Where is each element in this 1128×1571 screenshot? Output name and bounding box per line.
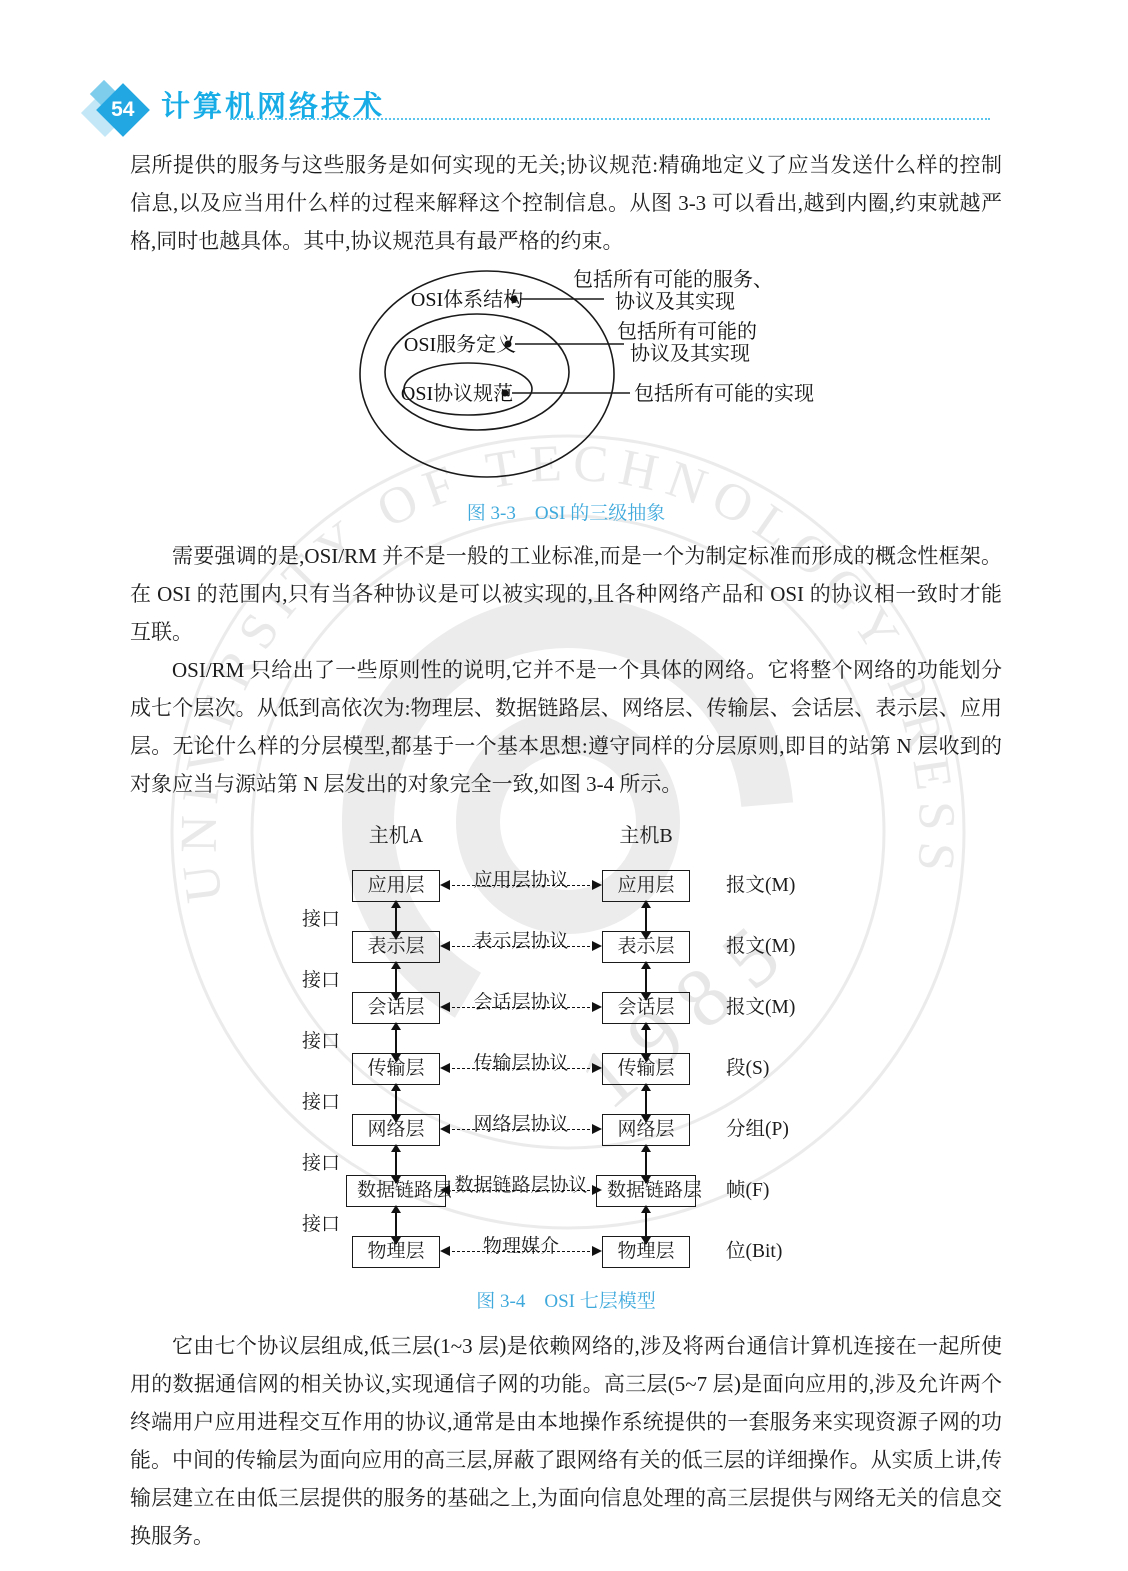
paragraph-3: OSI/RM 只给出了一些原则性的说明,它并不是一个具体的网络。它将整个网络的功… [130,651,1002,803]
page-header: 54 计算机网络技术 [0,0,1128,135]
data-unit-label: 报文(M) [696,928,792,966]
protocol-label: 表示层协议 [432,923,610,961]
dashed-double-arrow [442,946,600,947]
interface-label: 接口 [302,1023,346,1061]
layer-box-right: 数据链路层 [596,1175,696,1207]
paragraph-4: 它由七个协议层组成,低三层(1~3 层)是依赖网络的,涉及将两台通信计算机连接在… [130,1327,1002,1555]
protocol-label: 会话层协议 [432,984,610,1022]
layer-row-network: 网络层 网络层协议 网络层 分组(P) [302,1111,792,1145]
layer-box-right: 会话层 [602,992,690,1024]
dashed-double-arrow [442,1251,600,1252]
host-labels-row: 主机A 主机B [302,817,792,841]
leader-dot [502,390,509,397]
layer-row-application: 应用层 应用层协议 应用层 报文(M) [302,867,792,901]
layer-box-right: 传输层 [602,1053,690,1085]
layer-box-left: 网络层 [352,1114,440,1146]
leader-dot [505,341,512,348]
paragraph-2: 需要强调的是,OSI/RM 并不是一般的工业标准,而是一个为制定标准而形成的概念… [130,537,1002,651]
layer-box-right: 网络层 [602,1114,690,1146]
layer-box-left: 物理层 [352,1236,440,1268]
page-number-badge: 54 [86,82,150,140]
layer-box-left: 数据链路层 [346,1175,446,1207]
dashed-double-arrow [442,1007,600,1008]
interface-label: 接口 [302,962,346,1000]
interface-label: 接口 [302,901,346,939]
layer-box-left: 表示层 [352,931,440,963]
header-divider [230,118,990,120]
protocol-label: 物理媒介 [432,1228,610,1266]
interface-label: 接口 [302,1145,346,1183]
data-unit-label: 段(S) [696,1050,792,1088]
layer-row-presentation: 表示层 表示层协议 表示层 报文(M) [302,928,792,962]
data-unit-label: 分组(P) [696,1111,792,1149]
middle-ellipse [385,314,569,430]
annotation-2-line-2: 协议及其实现 [630,342,750,365]
dashed-double-arrow [442,1129,600,1130]
ring-label-protocol: OSI协议规范 [401,382,513,405]
page-content: 层所提供的服务与这些服务是如何实现的无关;协议规范:精确地定义了应当发送什么样的… [130,146,1002,1555]
figure-3-3-caption: 图 3-3 OSI 的三级抽象 [130,503,1002,525]
layer-row-session: 会话层 会话层协议 会话层 报文(M) [302,989,792,1023]
host-a-label: 主机A [346,817,446,855]
ring-label-architecture: OSI体系结构 [411,288,523,311]
layer-box-left: 应用层 [352,870,440,902]
layer-row-datalink: 数据链路层 数据链路层协议 数据链路层 帧(F) [302,1172,792,1206]
data-unit-label: 报文(M) [696,989,792,1027]
dashed-double-arrow [442,885,600,886]
annotation-3-line-1: 包括所有可能的实现 [634,382,814,405]
data-unit-label: 帧(F) [696,1172,792,1210]
protocol-label: 应用层协议 [432,862,610,900]
layer-box-left: 会话层 [352,992,440,1024]
layer-box-right: 应用层 [602,870,690,902]
leader-dot [511,296,518,303]
protocol-label: 数据链路层协议 [432,1167,610,1205]
layer-box-right: 表示层 [602,931,690,963]
dashed-double-arrow [442,1190,600,1191]
protocol-label: 传输层协议 [432,1045,610,1083]
layer-row-physical: 物理层 物理媒介 物理层 位(Bit) [302,1233,792,1267]
annotation-1-line-1: 包括所有可能的服务、 [573,268,773,291]
data-unit-label: 位(Bit) [696,1233,792,1271]
page-number: 54 [111,98,134,122]
layer-box-right: 物理层 [602,1236,690,1268]
interface-label: 接口 [302,1084,346,1122]
data-unit-label: 报文(M) [696,867,792,905]
layer-row-transport: 传输层 传输层协议 传输层 段(S) [302,1050,792,1084]
book-page: UNIVERSITY OF TECHNOLOGY PRESS 1985 54 计… [0,0,1128,1571]
figure-3-3-osi-abstraction-diagram: OSI体系结构 包括所有可能的服务、 协议及其实现 OSI服务定义 包括所有可能… [342,263,902,491]
figure-3-4-osi-seven-layer-diagram: 主机A 主机B 应用层 应用层协议 应用层 报文(M) 接口 [302,817,792,1267]
host-b-label: 主机B [596,817,696,855]
layer-box-left: 传输层 [352,1053,440,1085]
annotation-1-line-2: 协议及其实现 [615,290,735,313]
ring-label-service: OSI服务定义 [404,333,516,356]
interface-label: 接口 [302,1206,346,1244]
annotation-2-line-1: 包括所有可能的 [617,320,757,343]
figure-3-4-caption: 图 3-4 OSI 七层模型 [130,1291,1002,1313]
paragraph-1: 层所提供的服务与这些服务是如何实现的无关;协议规范:精确地定义了应当发送什么样的… [130,146,1002,260]
protocol-label: 网络层协议 [432,1106,610,1144]
dashed-double-arrow [442,1068,600,1069]
